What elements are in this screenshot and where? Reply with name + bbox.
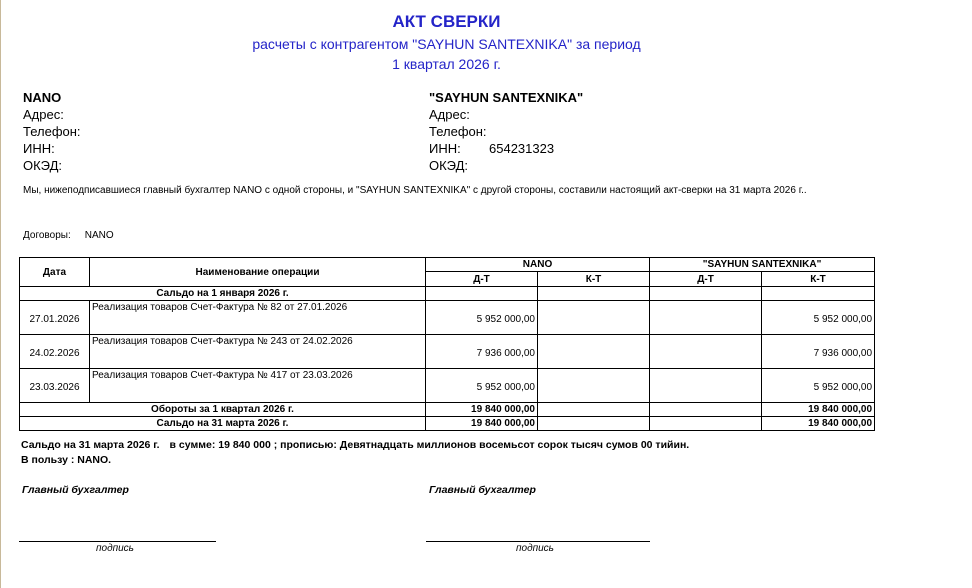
signature-left-line <box>19 541 216 542</box>
cell-p1-credit <box>538 417 650 431</box>
signature-right-title: Главный бухгалтер <box>429 484 536 496</box>
cell-operation: Реализация товаров Счет-Фактура № 82 от … <box>90 301 426 335</box>
closing-balance-label: Сальдо на 31 марта 2026 г. <box>20 417 426 431</box>
signature-right-caption: подпись <box>516 543 554 554</box>
cell-p2-debit <box>650 301 762 335</box>
header-operation: Наименование операции <box>90 258 426 287</box>
cell-operation: Реализация товаров Счет-Фактура № 417 от… <box>90 369 426 403</box>
cell-p1-debit: 5 952 000,00 <box>426 369 538 403</box>
header-p2-debit: Д-Т <box>650 272 762 287</box>
cell-p1-debit: 5 952 000,00 <box>426 301 538 335</box>
header-date: Дата <box>20 258 90 287</box>
cell-p1-debit: 19 840 000,00 <box>426 403 538 417</box>
reconciliation-table: Дата Наименование операции NANO "SAYHUN … <box>19 257 875 431</box>
header-p1-credit: К-Т <box>538 272 650 287</box>
turnover-label: Обороты за 1 квартал 2026 г. <box>20 403 426 417</box>
cell-date: 27.01.2026 <box>20 301 90 335</box>
contracts-label: Договоры: <box>23 230 71 241</box>
summary-amount-words: в сумме: 19 840 000 ; прописью: Девятнад… <box>170 439 690 451</box>
header-party1: NANO <box>426 258 650 272</box>
cell-p1-credit <box>538 403 650 417</box>
party-left-name: NANO <box>23 89 83 106</box>
turnover-row: Обороты за 1 квартал 2026 г. 19 840 000,… <box>20 403 875 417</box>
table-row: 24.02.2026 Реализация товаров Счет-Факту… <box>20 335 875 369</box>
cell-p1-credit <box>538 301 650 335</box>
cell-p2-credit: 5 952 000,00 <box>762 301 875 335</box>
summary-date: Сальдо на 31 марта 2026 г. <box>21 439 160 451</box>
contracts-value: NANO <box>85 230 114 241</box>
inn-label: ИНН: <box>23 140 83 157</box>
cell-date: 24.02.2026 <box>20 335 90 369</box>
party-right-details: "SAYHUN SANTEXNIKA" Адрес: Телефон: ИНН:… <box>429 89 583 174</box>
header-party2: "SAYHUN SANTEXNIKA" <box>650 258 875 272</box>
cell-p1-credit <box>538 335 650 369</box>
cell-p1-credit <box>538 369 650 403</box>
party-right-name: "SAYHUN SANTEXNIKA" <box>429 89 583 106</box>
address-label: Адрес: <box>23 106 83 123</box>
signature-left-title: Главный бухгалтер <box>22 484 129 496</box>
table-row: 27.01.2026 Реализация товаров Счет-Факту… <box>20 301 875 335</box>
cell-p2-credit: 7 936 000,00 <box>762 335 875 369</box>
cell-p2-credit: 5 952 000,00 <box>762 369 875 403</box>
cell-p2-credit: 19 840 000,00 <box>762 403 875 417</box>
cell-p2-credit: 19 840 000,00 <box>762 417 875 431</box>
okzd-label: ОКЭД: <box>429 157 489 174</box>
balance-summary: Сальдо на 31 марта 2026 г.в сумме: 19 84… <box>21 438 689 468</box>
cell-p1-debit: 7 936 000,00 <box>426 335 538 369</box>
header-p1-debit: Д-Т <box>426 272 538 287</box>
phone-label: Телефон: <box>23 123 83 140</box>
cell-p1-debit: 19 840 000,00 <box>426 417 538 431</box>
cell-p1-debit <box>426 287 538 301</box>
signature-right-line <box>426 541 650 542</box>
document-title: АКТ СВЕРКИ <box>0 12 893 32</box>
opening-balance-label: Сальдо на 1 января 2026 г. <box>20 287 426 301</box>
cell-p2-debit <box>650 287 762 301</box>
cell-operation: Реализация товаров Счет-Фактура № 243 от… <box>90 335 426 369</box>
phone-label: Телефон: <box>429 123 489 140</box>
intro-paragraph: Мы, нижеподписавшиеся главный бухгалтер … <box>23 184 871 198</box>
closing-balance-row: Сальдо на 31 марта 2026 г. 19 840 000,00… <box>20 417 875 431</box>
summary-in-favor: В пользу : NANO. <box>21 453 689 468</box>
table-row: 23.03.2026 Реализация товаров Счет-Факту… <box>20 369 875 403</box>
cell-p2-debit <box>650 403 762 417</box>
cell-p2-debit <box>650 335 762 369</box>
cell-p1-credit <box>538 287 650 301</box>
contracts-line: Договоры:NANO <box>23 230 114 241</box>
cell-date: 23.03.2026 <box>20 369 90 403</box>
signature-left-caption: подпись <box>96 543 134 554</box>
cell-p2-debit <box>650 369 762 403</box>
opening-balance-row: Сальдо на 1 января 2026 г. <box>20 287 875 301</box>
cell-p2-debit <box>650 417 762 431</box>
document-subtitle: расчеты с контрагентом "SAYHUN SANTEXNIK… <box>0 36 893 52</box>
inn-value: 654231323 <box>489 140 554 157</box>
party-left-details: NANO Адрес: Телефон: ИНН: ОКЭД: <box>23 89 83 174</box>
cell-p2-credit <box>762 287 875 301</box>
page-left-border <box>0 0 1 588</box>
inn-label: ИНН: <box>429 140 489 157</box>
document-period: 1 квартал 2026 г. <box>0 56 893 72</box>
header-p2-credit: К-Т <box>762 272 875 287</box>
okzd-label: ОКЭД: <box>23 157 83 174</box>
address-label: Адрес: <box>429 106 489 123</box>
